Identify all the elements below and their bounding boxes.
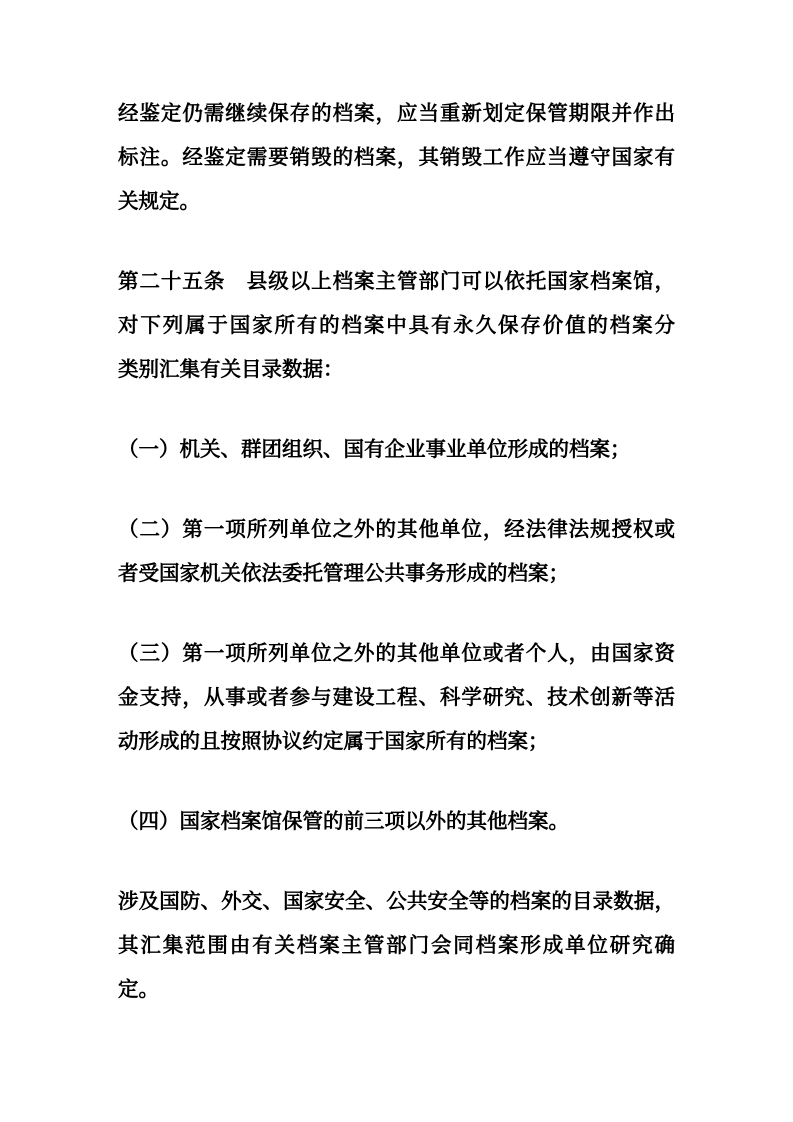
text-line: 者受国家机关依法委托管理公共事务形成的档案； <box>118 552 675 596</box>
text-line: 其汇集范围由有关档案主管部门会同档案形成单位研究确 <box>118 924 675 968</box>
paragraph-catalog-scope: 涉及国防、外交、国家安全、公共安全等的档案的目录数据， 其汇集范围由有关档案主管… <box>118 880 675 1012</box>
text-line: 涉及国防、外交、国家安全、公共安全等的档案的目录数据， <box>118 880 675 924</box>
document-page: 经鉴定仍需继续保存的档案，应当重新划定保管期限并作出 标注。经鉴定需要销毁的档案… <box>0 0 793 1122</box>
paragraph-appraisal-retention: 经鉴定仍需继续保存的档案，应当重新划定保管期限并作出 标注。经鉴定需要销毁的档案… <box>118 92 675 224</box>
document-content: 经鉴定仍需继续保存的档案，应当重新划定保管期限并作出 标注。经鉴定需要销毁的档案… <box>118 92 675 1048</box>
text-line: 对下列属于国家所有的档案中具有永久保存价值的档案分 <box>118 304 675 348</box>
text-line: （二）第一项所列单位之外的其他单位，经法律法规授权或 <box>118 508 675 552</box>
paragraph-item-2: （二）第一项所列单位之外的其他单位，经法律法规授权或 者受国家机关依法委托管理公… <box>118 508 675 596</box>
paragraph-article-25: 第二十五条 县级以上档案主管部门可以依托国家档案馆， 对下列属于国家所有的档案中… <box>118 260 675 392</box>
text-line: 定。 <box>118 968 675 1012</box>
paragraph-item-1: （一）机关、群团组织、国有企业事业单位形成的档案； <box>118 428 675 472</box>
text-line: 经鉴定仍需继续保存的档案，应当重新划定保管期限并作出 <box>118 92 675 136</box>
text-line: 标注。经鉴定需要销毁的档案，其销毁工作应当遵守国家有 <box>118 136 675 180</box>
text-line: 动形成的且按照协议约定属于国家所有的档案； <box>118 720 675 764</box>
text-line: （三）第一项所列单位之外的其他单位或者个人，由国家资 <box>118 632 675 676</box>
text-line: （四）国家档案馆保管的前三项以外的其他档案。 <box>118 800 675 844</box>
paragraph-item-3: （三）第一项所列单位之外的其他单位或者个人，由国家资 金支持，从事或者参与建设工… <box>118 632 675 764</box>
paragraph-item-4: （四）国家档案馆保管的前三项以外的其他档案。 <box>118 800 675 844</box>
text-line: 金支持，从事或者参与建设工程、科学研究、技术创新等活 <box>118 676 675 720</box>
text-line: 第二十五条 县级以上档案主管部门可以依托国家档案馆， <box>118 260 675 304</box>
text-line: 类别汇集有关目录数据： <box>118 348 675 392</box>
text-line: （一）机关、群团组织、国有企业事业单位形成的档案； <box>118 428 675 472</box>
text-line: 关规定。 <box>118 180 675 224</box>
